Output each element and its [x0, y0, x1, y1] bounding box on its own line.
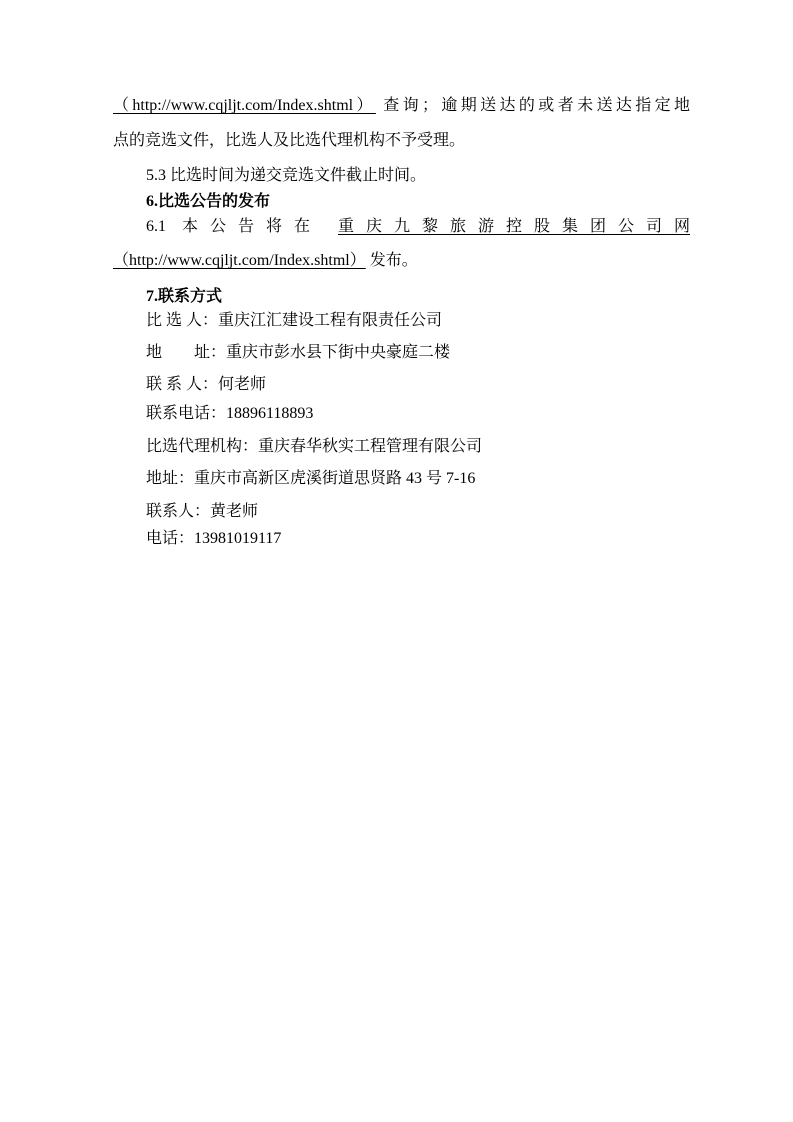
agency-name-value: 重庆春华秋实工程管理有限公司 [258, 438, 482, 455]
owner-phone-value: 18896118893 [226, 405, 313, 422]
announcement-site-name: 重庆九黎旅游控股集团公司网 [338, 218, 690, 235]
owner-contact-person-line: 联 系 人：何老师 [146, 374, 690, 395]
para-5-3: 5.3 比选时间为递交竞选文件截止时间。 [146, 165, 690, 186]
agency-phone-value: 13981019117 [194, 530, 281, 547]
para-doc-delivery-line1-text: 查询；逾期送达的或者未送达指定地 [376, 97, 690, 114]
document-page: （http://www.cqjljt.com/Index.shtml） 查询；逾… [0, 0, 793, 1122]
agency-address-value: 重庆市高新区虎溪街道思贤路 43 号 7-16 [194, 470, 475, 487]
owner-address-label: 地 址： [146, 344, 226, 361]
agency-contact-person-value: 黄老师 [210, 503, 258, 520]
agency-name-label: 比选代理机构： [146, 438, 258, 455]
para-doc-delivery-line2: 点的竞选文件，比选人及比选代理机构不予受理。 [113, 130, 690, 151]
para-6-1-suffix: 发布。 [366, 252, 418, 269]
announcement-url-link[interactable]: （http://www.cqjljt.com/Index.shtml） [113, 252, 366, 269]
agency-address-label: 地址： [146, 470, 194, 487]
para-doc-delivery-line1: （http://www.cqjljt.com/Index.shtml） 查询；逾… [113, 95, 690, 116]
agency-phone-line: 电话：13981019117 [146, 528, 690, 549]
agency-phone-label: 电话： [146, 530, 194, 547]
para-6-1-prefix: 6.1 本公告将在 [146, 218, 322, 235]
bid-docs-url-link[interactable]: （http://www.cqjljt.com/Index.shtml） [113, 97, 376, 114]
agency-name-line: 比选代理机构：重庆春华秋实工程管理有限公司 [146, 436, 690, 457]
owner-contact-person-label: 联 系 人： [146, 376, 218, 393]
owner-address-line: 地 址：重庆市彭水县下街中央豪庭二楼 [146, 342, 690, 363]
agency-address-line: 地址：重庆市高新区虎溪街道思贤路 43 号 7-16 [146, 468, 690, 489]
heading-contact-info: 7.联系方式 [146, 286, 690, 307]
owner-name-value: 重庆江汇建设工程有限责任公司 [218, 312, 442, 329]
owner-name-line: 比 选 人：重庆江汇建设工程有限责任公司 [146, 310, 690, 331]
owner-contact-person-value: 何老师 [218, 376, 266, 393]
owner-address-value: 重庆市彭水县下街中央豪庭二楼 [226, 344, 450, 361]
heading-announcement-release: 6.比选公告的发布 [146, 191, 690, 212]
owner-phone-line: 联系电话：18896118893 [146, 403, 690, 424]
agency-contact-person-label: 联系人： [146, 503, 210, 520]
agency-contact-person-line: 联系人：黄老师 [146, 501, 690, 522]
para-6-1-line1: 6.1 本公告将在 重庆九黎旅游控股集团公司网 [146, 216, 690, 237]
owner-name-label: 比 选 人： [146, 312, 218, 329]
para-6-1-line2: （http://www.cqjljt.com/Index.shtml） 发布。 [113, 250, 690, 271]
owner-phone-label: 联系电话： [146, 405, 226, 422]
